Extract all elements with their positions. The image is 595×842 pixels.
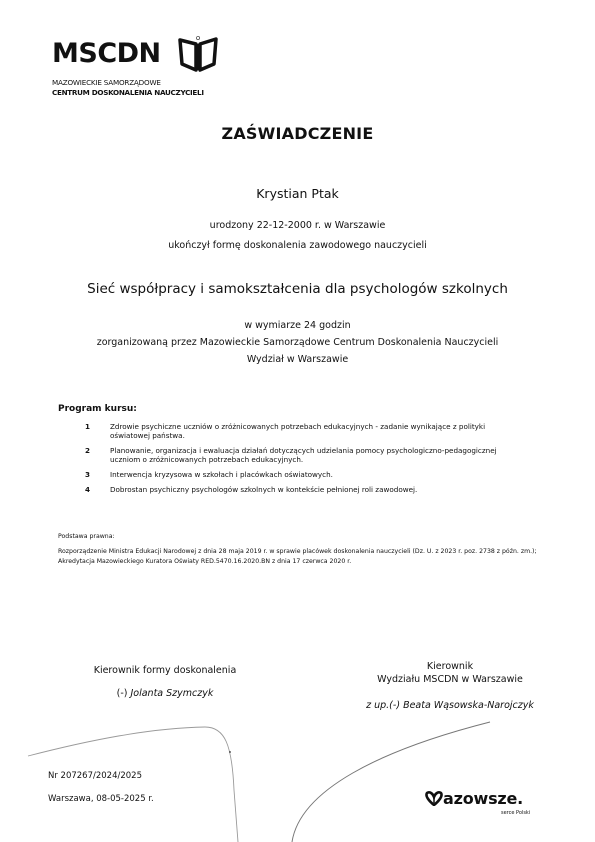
certificate-number: Nr 207267/2024/2025 bbox=[48, 771, 142, 781]
decorative-curves bbox=[0, 0, 595, 842]
mazowsze-wordmark: azowsze. bbox=[443, 789, 523, 808]
mazowsze-logo: azowsze. bbox=[425, 789, 523, 808]
place-and-date: Warszawa, 08-05-2025 r. bbox=[48, 794, 154, 804]
heart-m-icon bbox=[425, 791, 443, 806]
mazowsze-tagline: serce Polski bbox=[501, 810, 530, 816]
